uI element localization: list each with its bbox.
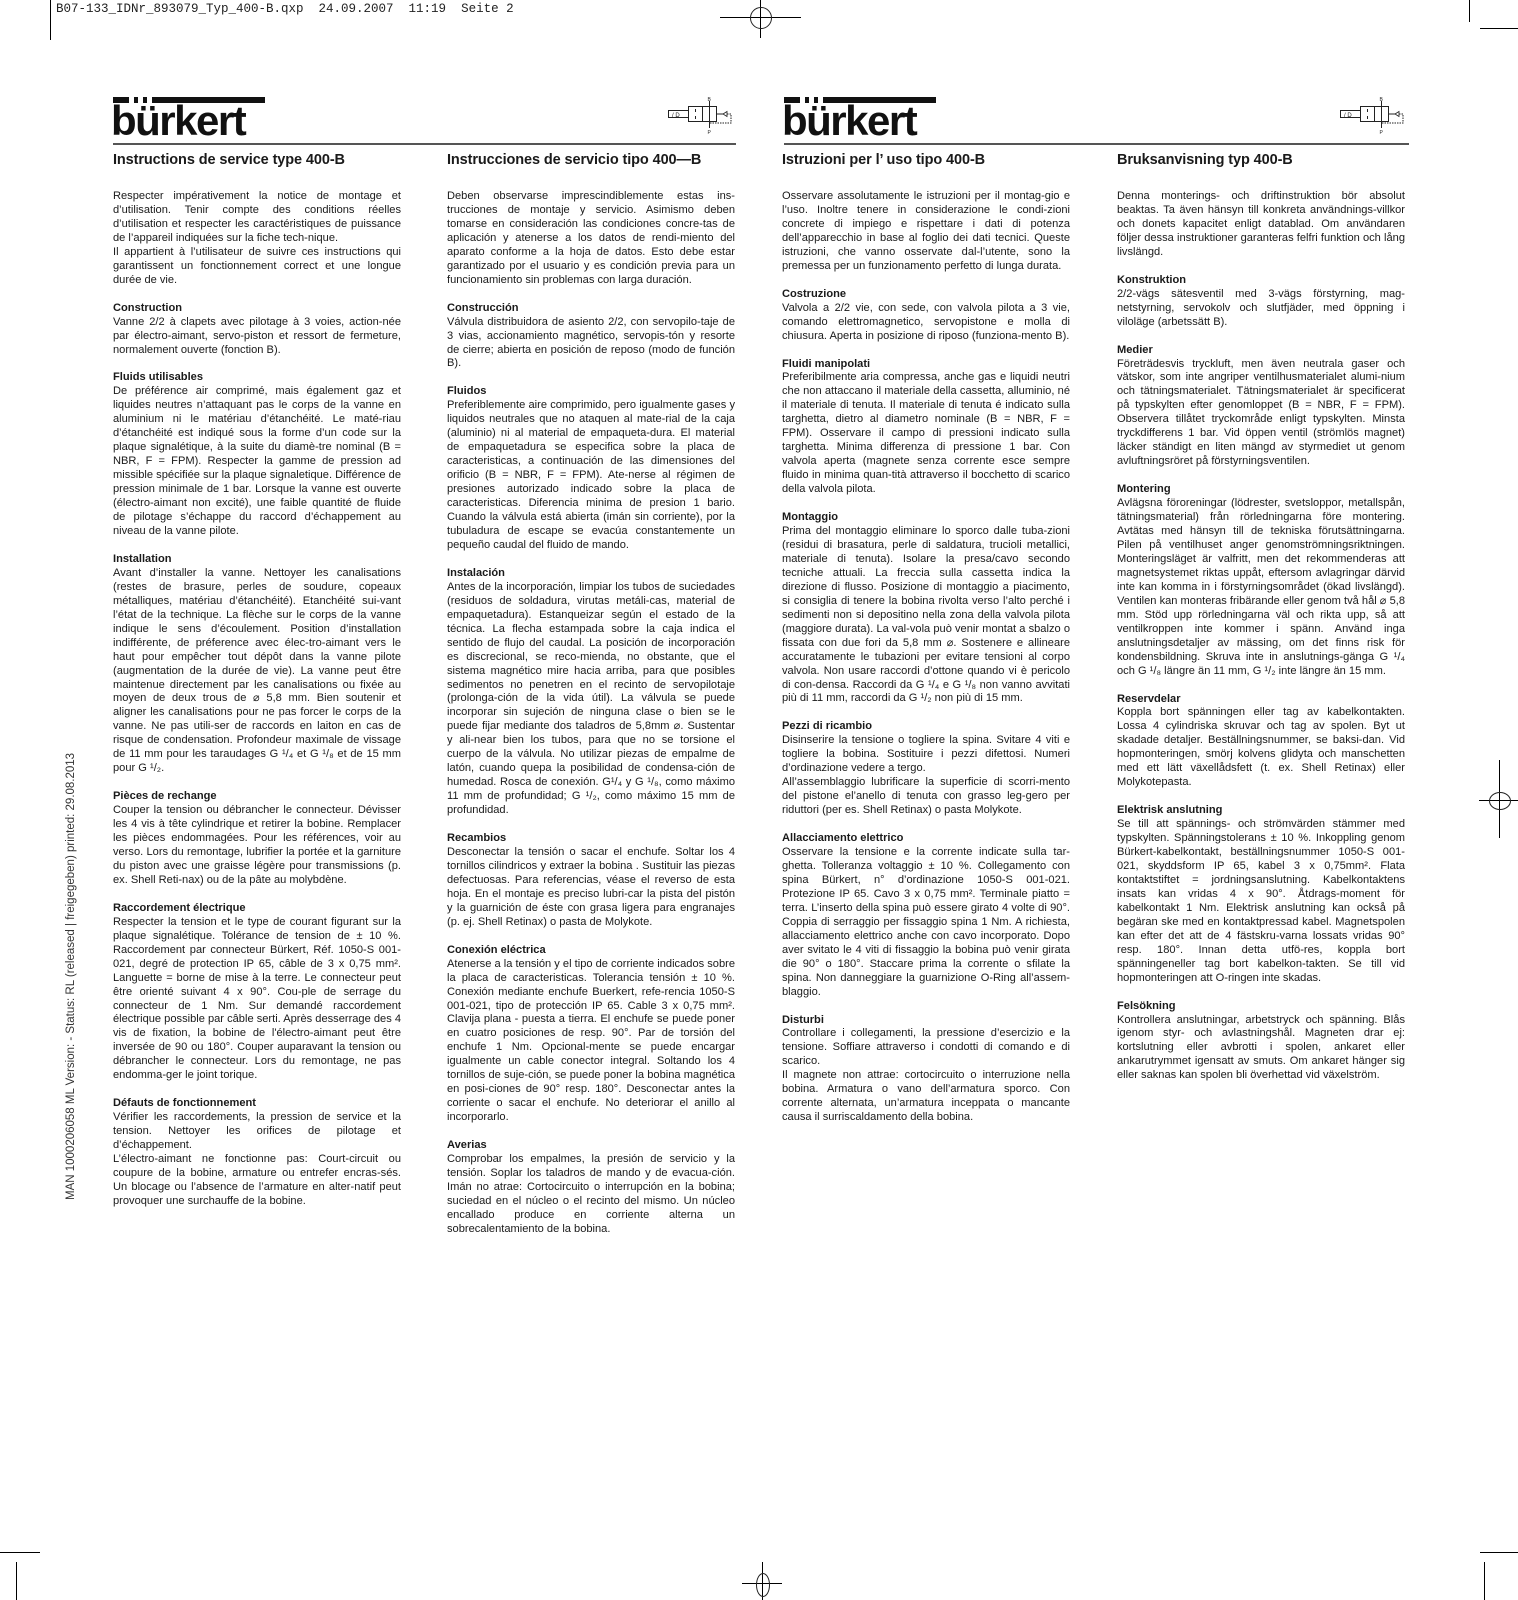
intro-paragraph: Il appartient à l’utilisateur de suivre … [113,246,401,288]
section-body: Vanne 2/2 à clapets avec pilotage à 3 vo… [113,316,401,358]
crop-mark [16,1562,17,1600]
section-body: Avlägsna föroreningar (lödrester, svetsl… [1117,497,1405,678]
section-body: De préférence air comprimé, mais égaleme… [113,385,401,538]
section-body: Preferiblemente aire comprimido, pero ig… [447,399,735,552]
header-rule-right [784,143,1409,145]
column-italian: Istruzioni per l’ uso tipo 400-B Osserva… [782,152,1070,1125]
section-heading: Construction [113,302,401,316]
section-heading: Conexión eléctrica [447,944,735,958]
crop-mark [1480,28,1518,29]
column-title: Istruzioni per l’ uso tipo 400-B [782,152,1070,168]
section-heading: Allacciamento elettrico [782,832,1070,846]
section-body: Controllare i collegamenti, la pressione… [782,1027,1070,1069]
svg-text:B: B [708,97,712,103]
section-body: Comprobar los empalmes, la presión de se… [447,1153,735,1237]
crop-mark [50,0,51,40]
section-heading: Reservdelar [1117,693,1405,707]
valve-symbol-icon: / D B P [1340,96,1408,136]
intro-paragraph: Deben observarse imprescindiblemente est… [447,190,735,288]
section-body: Disinserire la tensione o togliere la sp… [782,734,1070,776]
intro-paragraph: Denna monterings- och driftinstruktion b… [1117,190,1405,260]
section-body: L’électro-aimant ne fonctionne pas: Cour… [113,1153,401,1209]
section-heading: Fluidi manipolati [782,358,1070,372]
column-swedish: Bruksanvisning typ 400-B Denna montering… [1117,152,1405,1083]
svg-text:/ D: / D [1344,113,1352,119]
brand-logo-text: bürkert [782,100,916,142]
section-heading: Fluids utilisables [113,371,401,385]
section-heading: Construcción [447,302,735,316]
section-heading: Elektrisk anslutning [1117,804,1405,818]
section-heading: Pièces de rechange [113,790,401,804]
svg-text:P: P [1380,130,1384,136]
section-body: 2/2-vägs sätesventil med 3-vägs förstyrn… [1117,288,1405,330]
section-heading: Medier [1117,344,1405,358]
section-body: Valvola a 2/2 vie, con sede, con valvola… [782,302,1070,344]
section-heading: Averias [447,1139,735,1153]
document-status-note: MAN 1000206058 ML Version: - Status: RL … [65,753,77,1200]
valve-symbol-icon: / D B P [668,96,736,136]
crop-mark [1469,0,1470,22]
section-body: Koppla bort spänningen eller tag av kabe… [1117,706,1405,790]
section-body: Válvula distribuidora de asiento 2/2, co… [447,316,735,372]
section-heading: Instalación [447,567,735,581]
section-body: Atenerse a la tensión y el tipo de corri… [447,958,735,1125]
column-title: Instrucciones de servicio tipo 400—B [447,152,735,168]
crop-mark [0,1552,40,1553]
section-heading: Konstruktion [1117,274,1405,288]
section-heading: Costruzione [782,288,1070,302]
section-body: Couper la tension ou débrancher le conne… [113,804,401,888]
svg-text:P: P [708,130,712,136]
svg-text:/ D: / D [672,113,680,119]
section-body: Respecter la tension et le type de coura… [113,916,401,1083]
section-body: Preferibilmente aria compressa, anche ga… [782,371,1070,497]
section-body: Avant d’installer la vanne. Nettoyer les… [113,567,401,776]
section-heading: Fluidos [447,385,735,399]
section-heading: Felsökning [1117,1000,1405,1014]
section-body: Osservare la tensione e la corrente indi… [782,846,1070,999]
section-heading: Raccordement électrique [113,902,401,916]
section-heading: Défauts de fonctionnement [113,1097,401,1111]
brand-logo-text: bürkert [111,100,245,142]
section-heading: Installation [113,553,401,567]
header-rule-left [113,143,736,145]
section-body: All’assemblaggio lubrificare la superfic… [782,776,1070,818]
section-body: Kontrollera anslutningar, arbetstryck oc… [1117,1014,1405,1084]
section-heading: Recambios [447,832,735,846]
crop-mark [1480,1552,1518,1553]
svg-text:B: B [1380,97,1384,103]
intro-paragraph: Osservare assolutamente le istruzioni pe… [782,190,1070,274]
section-body: Prima del montaggio eliminare lo sporco … [782,525,1070,706]
column-title: Instructions de service type 400-B [113,152,401,168]
column-french: Instructions de service type 400-B Respe… [113,152,401,1209]
crop-mark [1484,1562,1485,1600]
section-heading: Montaggio [782,511,1070,525]
section-heading: Pezzi di ricambio [782,720,1070,734]
column-title: Bruksanvisning typ 400-B [1117,152,1405,168]
section-body: Antes de la incorporación, limpiar los t… [447,581,735,818]
print-slug: B07-133_IDNr_893079_Typ_400-B.qxp 24.09.… [56,2,514,16]
section-heading: Montering [1117,483,1405,497]
section-body: Il magnete non attrae: cortocircuito o i… [782,1069,1070,1125]
section-body: Vérifier les raccordements, la pression … [113,1111,401,1153]
section-body: Desconectar la tensión o sacar el enchuf… [447,846,735,930]
column-spanish: Instrucciones de servicio tipo 400—B Deb… [447,152,735,1237]
section-body: Se till att spännings- och strömvärden s… [1117,818,1405,985]
section-heading: Disturbi [782,1014,1070,1028]
intro-paragraph: Respecter impérativement la notice de mo… [113,190,401,246]
section-body: Företrädesvis tryckluft, men även neutra… [1117,358,1405,470]
